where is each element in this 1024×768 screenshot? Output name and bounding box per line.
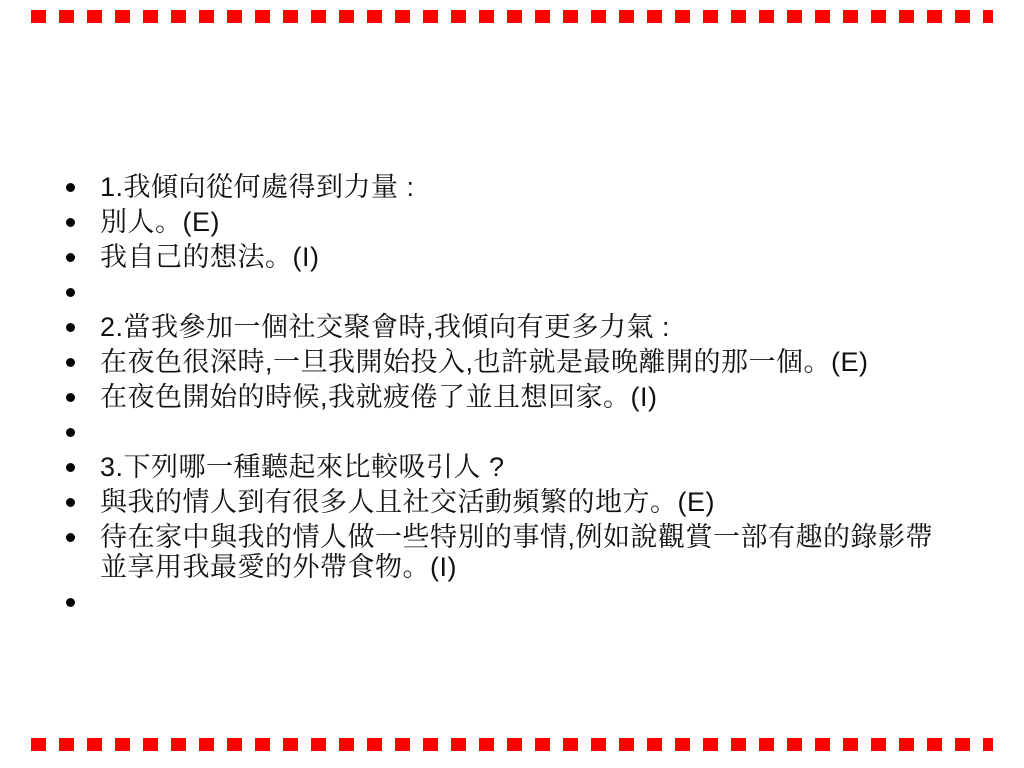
list-item: [66, 587, 966, 617]
list-item: 1.我傾向從何處得到力量 :: [66, 172, 966, 202]
bullet-text: 2.當我參加一個社交聚會時,我傾向有更多力氣 :: [100, 312, 670, 342]
bullet-text: 待在家中與我的情人做一些特別的事情,例如說觀賞一部有趣的錄影帶並享用我最愛的外帶…: [100, 522, 945, 582]
bullet-icon: [66, 288, 75, 297]
bullet-icon: [66, 183, 75, 192]
bullet-icon: [66, 323, 75, 332]
list-item: [66, 277, 966, 307]
bullet-icon: [66, 428, 75, 437]
bullet-text: 1.我傾向從何處得到力量 :: [100, 172, 415, 202]
list-item: 3.下列哪一種聽起來比較吸引人 ?: [66, 452, 966, 482]
list-item: 我自己的想法。(I): [66, 242, 966, 272]
bullet-icon: [66, 218, 75, 227]
list-item: [66, 417, 966, 447]
slide-canvas: 1.我傾向從何處得到力量 : 別人。(E) 我自己的想法。(I) 2.當我參加一…: [0, 0, 1024, 768]
list-item: 在夜色很深時,一旦我開始投入,也許就是最晚離開的那一個。(E): [66, 347, 966, 377]
red-dashed-border-bottom: [31, 738, 993, 751]
bullet-icon: [66, 358, 75, 367]
bullet-icon: [66, 463, 75, 472]
bullet-text: 在夜色很深時,一旦我開始投入,也許就是最晚離開的那一個。(E): [100, 347, 869, 377]
bullet-text: 與我的情人到有很多人且社交活動頻繁的地方。(E): [100, 487, 715, 517]
bullet-text: 別人。(E): [100, 207, 220, 237]
bullet-text: 我自己的想法。(I): [100, 242, 319, 272]
list-item: 與我的情人到有很多人且社交活動頻繁的地方。(E): [66, 487, 966, 517]
bullet-text: 在夜色開始的時候,我就疲倦了並且想回家。(I): [100, 382, 658, 412]
list-item: 2.當我參加一個社交聚會時,我傾向有更多力氣 :: [66, 312, 966, 342]
bullet-text: 3.下列哪一種聽起來比較吸引人 ?: [100, 452, 505, 482]
bullet-icon: [66, 498, 75, 507]
list-item: 別人。(E): [66, 207, 966, 237]
bullet-icon: [66, 598, 75, 607]
bullet-list: 1.我傾向從何處得到力量 : 別人。(E) 我自己的想法。(I) 2.當我參加一…: [66, 172, 966, 617]
bullet-icon: [66, 533, 75, 542]
list-item: 待在家中與我的情人做一些特別的事情,例如說觀賞一部有趣的錄影帶並享用我最愛的外帶…: [66, 522, 966, 582]
list-item: 在夜色開始的時候,我就疲倦了並且想回家。(I): [66, 382, 966, 412]
red-dashed-border-top: [31, 10, 993, 23]
bullet-icon: [66, 393, 75, 402]
bullet-icon: [66, 253, 75, 262]
slide-body: 1.我傾向從何處得到力量 : 別人。(E) 我自己的想法。(I) 2.當我參加一…: [66, 172, 966, 622]
